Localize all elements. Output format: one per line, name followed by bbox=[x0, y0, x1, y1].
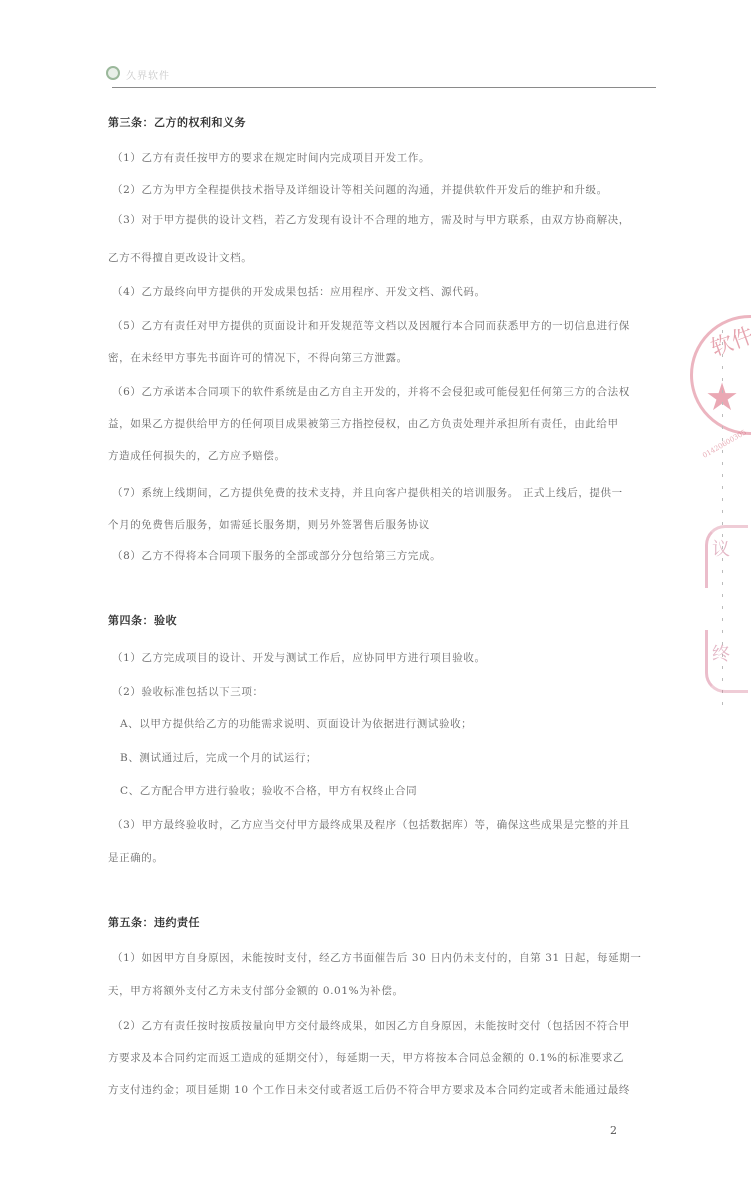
document-page: 久界软件 第三条：乙方的权利和义务 （1）乙方有责任按甲方的要求在规定时间内完成… bbox=[0, 0, 751, 1197]
section-3-title: 第三条：乙方的权利和义务 bbox=[108, 114, 246, 130]
clause-line: 是正确的。 bbox=[108, 850, 164, 865]
company-name: 久界软件 bbox=[126, 67, 170, 82]
section-5-title: 第五条：违约责任 bbox=[108, 914, 200, 930]
clause-line: 方支付违约金；项目延期 10 个工作日未交付或者返工后仍不符合甲方要求及本合同约… bbox=[108, 1082, 630, 1097]
header-divider bbox=[112, 87, 656, 88]
seal-code: 01420600305 bbox=[701, 428, 747, 459]
clause-line: （1）乙方完成项目的设计、开发与测试工作后，应协同甲方进行项目验收。 bbox=[112, 650, 486, 665]
clause-line: 密，在未经甲方事先书面许可的情况下，不得向第三方泄露。 bbox=[108, 350, 408, 365]
clause-line: （3）对于甲方提供的设计文档，若乙方发现有设计不合理的地方，需及时与甲方联系，由… bbox=[112, 212, 630, 227]
clause-line: （7）系统上线期间，乙方提供免费的技术支持，并且向客户提供相关的培训服务。 正式… bbox=[112, 485, 623, 500]
clause-line: 乙方不得擅自更改设计文档。 bbox=[108, 250, 252, 265]
page-number: 2 bbox=[610, 1124, 617, 1137]
clause-line: （2）乙方有责任按时按质按量向甲方交付最终成果，如因乙方自身原因，未能按时交付（… bbox=[112, 1018, 630, 1033]
clause-line: （1）如因甲方自身原因，未能按时支付，经乙方书面催告后 30 日内仍未支付的，自… bbox=[112, 950, 641, 965]
clause-line: C、乙方配合甲方进行验收；验收不合格，甲方有权终止合同 bbox=[120, 783, 417, 798]
section-4-title: 第四条：验收 bbox=[108, 612, 177, 628]
clause-line: （1）乙方有责任按甲方的要求在规定时间内完成项目开发工作。 bbox=[112, 150, 430, 165]
seam-seal-text: 议 bbox=[712, 535, 730, 561]
clause-line: （5）乙方有责任对甲方提供的页面设计和开发规范等文档以及因履行本合同而获悉甲方的… bbox=[112, 318, 630, 333]
clause-line: （6）乙方承诺本合同项下的软件系统是由乙方自主开发的，并将不会侵犯或可能侵犯任何… bbox=[112, 384, 630, 399]
clause-line: （2）乙方为甲方全程提供技术指导及详细设计等相关问题的沟通，并提供软件开发后的维… bbox=[112, 182, 608, 197]
company-logo-icon bbox=[106, 66, 120, 80]
clause-line: 个月的免费售后服务，如需延长服务期，则另外签署售后服务协议 bbox=[108, 517, 430, 532]
clause-line: （2）验收标准包括以下三项： bbox=[112, 684, 264, 699]
page-header: 久界软件 bbox=[100, 62, 656, 88]
clause-line: （8）乙方不得将本合同项下服务的全部或部分分包给第三方完成。 bbox=[112, 548, 441, 563]
clause-line: B、测试通过后，完成一个月的试运行； bbox=[120, 750, 317, 765]
seam-seal-text: 终 bbox=[712, 640, 730, 666]
clause-line: A、以甲方提供给乙方的功能需求说明、页面设计为依据进行测试验收； bbox=[120, 716, 472, 731]
clause-line: 天，甲方将额外支付乙方未支付部分金额的 0.01%为补偿。 bbox=[108, 983, 404, 998]
clause-line: 方要求及本合同约定而返工造成的延期交付），每延期一天，甲方将按本合同总金额的 0… bbox=[108, 1050, 624, 1065]
clause-line: （3）甲方最终验收时，乙方应当交付甲方最终成果及程序（包括数据库）等，确保这些成… bbox=[112, 817, 630, 832]
clause-line: 方造成任何损失的，乙方应予赔偿。 bbox=[108, 448, 286, 463]
clause-line: 益，如果乙方提供给甲方的任何项目成果被第三方指控侵权，由乙方负责处理并承担所有责… bbox=[108, 416, 619, 431]
clause-line: （4）乙方最终向甲方提供的开发成果包括：应用程序、开发文档、源代码。 bbox=[112, 284, 486, 299]
